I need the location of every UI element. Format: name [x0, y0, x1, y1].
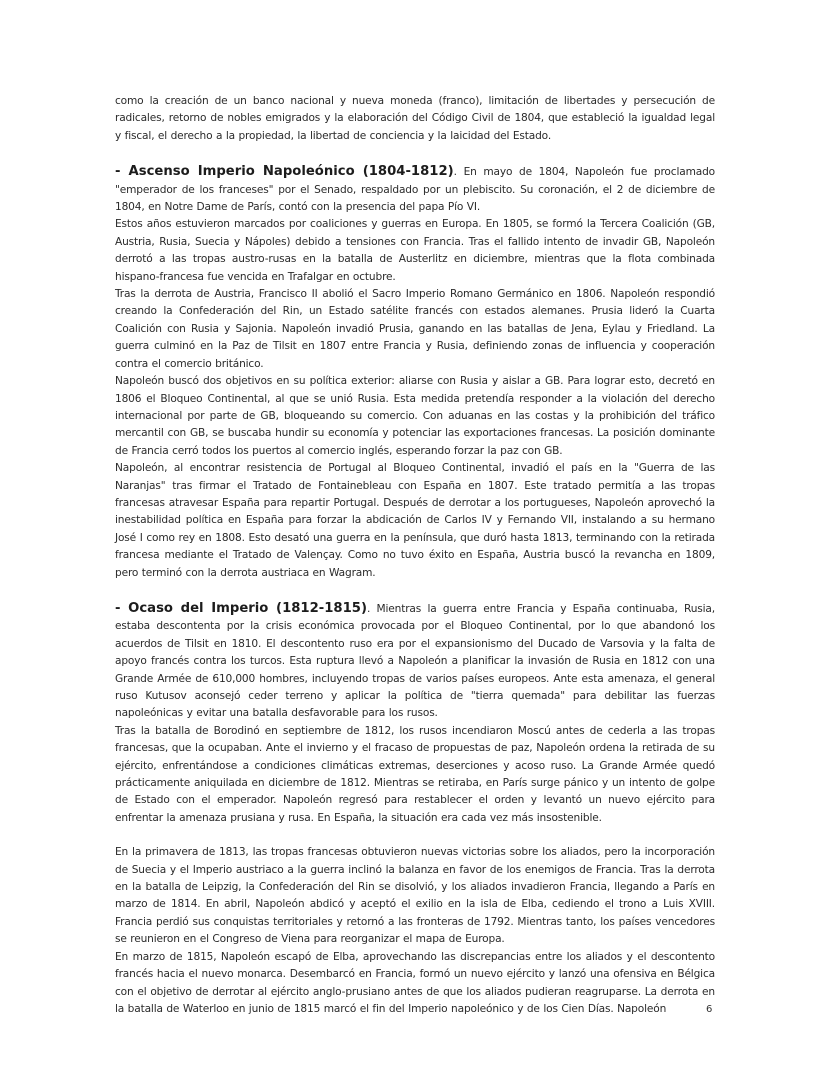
section-lead-paragraph: - Ocaso del Imperio (1812-1815). Mientra…: [115, 600, 715, 723]
body-paragraph: Estos años estuvieron marcados por coali…: [115, 216, 715, 286]
section-heading: - Ocaso del Imperio (1812-1815): [115, 601, 367, 616]
page-number: 6: [706, 1004, 712, 1015]
intro-paragraph: como la creación de un banco nacional y …: [115, 93, 715, 145]
body-paragraph: En la primavera de 1813, las tropas fran…: [115, 844, 715, 948]
section-lead-text: . Mientras la guerra entre Francia y Esp…: [115, 603, 715, 719]
body-paragraph: Napoleón, al encontrar resistencia de Po…: [115, 460, 715, 582]
section-spacer: [115, 582, 715, 600]
section-ocaso-imperio: - Ocaso del Imperio (1812-1815). Mientra…: [115, 600, 715, 1018]
body-paragraph: Tras la batalla de Borodinó en septiembr…: [115, 723, 715, 827]
body-paragraph: Napoleón buscó dos objetivos en su polít…: [115, 373, 715, 460]
document-page: como la creación de un banco nacional y …: [115, 93, 715, 1018]
section-lead-paragraph: - Ascenso Imperio Napoleónico (1804-1812…: [115, 163, 715, 216]
paragraph-spacer: [115, 827, 715, 844]
body-paragraph: En marzo de 1815, Napoleón escapó de Elb…: [115, 949, 715, 1019]
section-heading: - Ascenso Imperio Napoleónico (1804-1812…: [115, 164, 454, 179]
section-ascenso-imperio: - Ascenso Imperio Napoleónico (1804-1812…: [115, 163, 715, 582]
section-spacer: [115, 145, 715, 163]
body-paragraph: Tras la derrota de Austria, Francisco II…: [115, 286, 715, 373]
